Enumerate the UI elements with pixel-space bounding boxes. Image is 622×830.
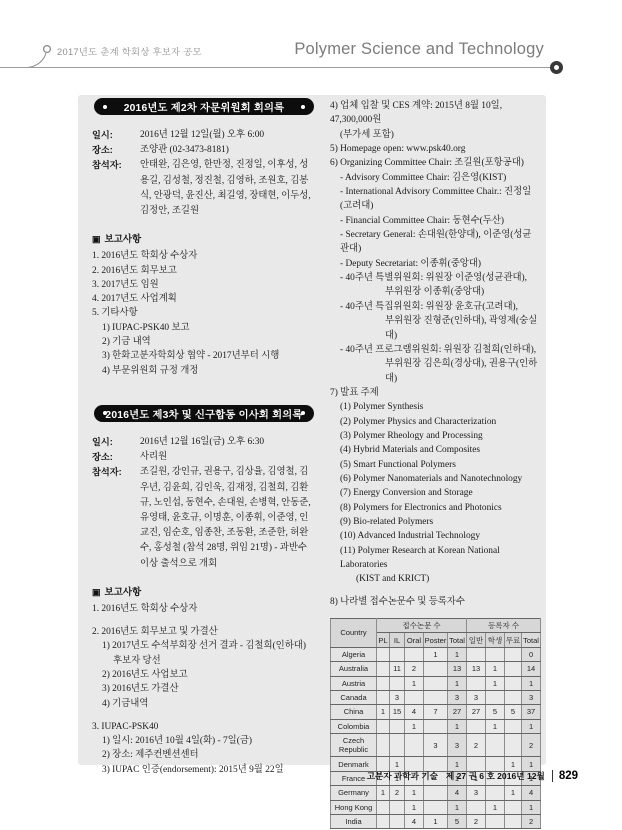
table-cell: [390, 814, 405, 828]
table-cell: 1: [405, 786, 424, 800]
meeting-info-row: 장소 사리원: [92, 450, 316, 465]
meeting-info-2: 일시 2016년 12월 16일(금) 오후 6:30 장소 사리원 참석자 조…: [92, 435, 316, 572]
report-line: 5. 기타사항: [92, 306, 316, 320]
table-cell: 7: [424, 705, 448, 719]
square-bullet-icon: ▣: [92, 234, 101, 244]
table-group-header-row: Country 접수논문 수 등록자 수: [331, 619, 541, 633]
report-line: 2. 2016년도 회무보고 및 가결산: [92, 625, 316, 639]
table-cell: [405, 647, 424, 661]
country-cell: China: [331, 705, 377, 719]
table-cell: [486, 734, 505, 757]
bar-dot-icon: [301, 411, 305, 415]
table-cell: [505, 676, 522, 690]
meta-label: 일시: [92, 435, 136, 450]
papers-group-header: 접수논문 수: [377, 619, 467, 633]
table-cell: 27: [467, 705, 486, 719]
table-cell: [424, 786, 448, 800]
table-cell-total: 4: [522, 786, 541, 800]
meeting-info-row: 참석자 안태완, 김은영, 한만정, 진정일, 이후성, 성용길, 김성철, 정…: [92, 158, 316, 219]
table-cell-total: 14: [522, 662, 541, 676]
meta-value: 2016년 12월 16일(금) 오후 6:30: [140, 435, 316, 450]
report-line: 5) Homepage open: www.psk40.org: [330, 142, 540, 156]
table-cell-total: 13: [448, 662, 467, 676]
table-cell: [390, 734, 405, 757]
report-line: (5) Smart Functional Polymers: [330, 458, 540, 472]
report-line: - 40주년 프로그램위원회: 위원장 김철희(인하대),: [330, 343, 540, 357]
column-header: 학생: [486, 633, 505, 647]
column-header: Poster: [424, 633, 448, 647]
report-heading-label: 보고사항: [105, 587, 142, 598]
report-heading-1: ▣보고사항: [92, 231, 316, 245]
table-cell-total: 5: [448, 814, 467, 828]
report-line: - International Advisory Committee Chair…: [330, 185, 540, 214]
table-cell: [377, 690, 390, 704]
table-cell: [467, 647, 486, 661]
table-cell-total: 3: [448, 734, 467, 757]
bar-dot-icon: [301, 105, 305, 109]
page-footer: 고분자 과학과 기술 제 27 권 6 호 2016년 12월 829: [367, 770, 578, 782]
country-cell: Hong Kong: [331, 800, 377, 814]
table-row: Australia 11 2 13 13 1 14: [331, 662, 541, 676]
report-line: 1) 2017년도 수석부회장 선거 결과 - 김철희(인하대): [92, 639, 316, 653]
column-header: Total: [448, 633, 467, 647]
report-line: - Advisory Committee Chair: 김은영(KIST): [330, 171, 540, 185]
report-line: 3) IUPAC 인증(endorsement): 2015년 9월 22일: [92, 763, 316, 777]
table-cell: 1: [377, 786, 390, 800]
report-line: (6) Polymer Nanomaterials and Nanotechno…: [330, 472, 540, 486]
table-cell: [505, 734, 522, 757]
table-cell: [377, 814, 390, 828]
table-cell: 1: [424, 647, 448, 661]
report-line: 3. 2017년도 임원: [92, 278, 316, 292]
table-cell: 1: [405, 676, 424, 690]
report-line: 4. 2017년도 사업계획: [92, 292, 316, 306]
table-cell: [505, 719, 522, 733]
table-cell: [390, 800, 405, 814]
right-column: 4) 업체 입찰 및 CES 계약: 2015년 8월 10일, 47,300,…: [330, 99, 540, 829]
report-line: (1) Polymer Synthesis: [330, 400, 540, 414]
table-cell: 5: [505, 705, 522, 719]
table-header: Country 접수논문 수 등록자 수 PL IL Oral Pos: [331, 619, 541, 648]
report-line: - Financial Committee Chair: 동현수(두산): [330, 214, 540, 228]
bar-dot-icon: [103, 411, 107, 415]
table-cell: 1: [486, 719, 505, 733]
report-line: 4) 업체 입찰 및 CES 계약: 2015년 8월 10일, 47,300,…: [330, 99, 540, 128]
table-cell: 1: [486, 676, 505, 690]
table-cell: [405, 690, 424, 704]
report-line: - Deputy Secretariat: 이종휘(중앙대): [330, 257, 540, 271]
table-cell: 3: [467, 690, 486, 704]
table-cell: 3: [424, 734, 448, 757]
report-line: 2) 기금 내역: [92, 335, 316, 349]
table-row: Algeria 1 1 0: [331, 647, 541, 661]
table-cell: [467, 719, 486, 733]
table-cell: [424, 690, 448, 704]
meta-value: 2016년 12월 12일(월) 오후 6:00: [140, 128, 316, 143]
report-line: 후보자 당선: [92, 654, 316, 668]
report-heading-2: ▣보고사항: [92, 584, 316, 598]
table-cell: [377, 662, 390, 676]
country-cell: Czech Republic: [331, 734, 377, 757]
table-cell-total: 27: [448, 705, 467, 719]
report-line: 부위원장 김은희(경상대), 권용구(인하대): [330, 357, 540, 386]
table-cell: 1: [486, 662, 505, 676]
meta-label: 참석자: [92, 158, 136, 219]
table-cell: [467, 676, 486, 690]
table-cell: 1: [424, 814, 448, 828]
section1-title: 2016년도 제2차 자문위원회 회의록: [124, 99, 285, 114]
meta-label: 참석자: [92, 465, 136, 571]
issue-info: 제 27 권 6 호 2016년 12월: [446, 770, 545, 782]
report-line: 1) IUPAC-PSK40 보고: [92, 321, 316, 335]
report-line: 3) 2016년도 가결산: [92, 682, 316, 696]
table-row: Czech Republic 3 3 2 2: [331, 734, 541, 757]
country-cell: Colombia: [331, 719, 377, 733]
report-line: (9) Bio-related Polymers: [330, 515, 540, 529]
footer-divider: [552, 770, 553, 782]
report-line: 4) 부문위원회 규정 개정: [92, 364, 316, 378]
report-list-1: 1. 2016년도 학회상 수상자 2. 2016년도 회무보고 3. 2017…: [92, 249, 316, 378]
meta-value: 안태완, 김은영, 한만정, 진정일, 이후성, 성용길, 김성철, 정진철, …: [140, 158, 316, 219]
header-ring-icon: [550, 61, 563, 74]
country-cell: Germany: [331, 786, 377, 800]
table-cell: 1: [405, 800, 424, 814]
table-cell: [486, 690, 505, 704]
table-cell: [505, 662, 522, 676]
report-line: 3. IUPAC-PSK40: [92, 720, 316, 734]
report-heading-label: 보고사항: [105, 234, 142, 245]
report-line: 3) 한화고분자학회상 협약 - 2017년부터 시행: [92, 349, 316, 363]
table-cell: 3: [467, 786, 486, 800]
page-number: 829: [559, 770, 578, 782]
report-line: (7) Energy Conversion and Storage: [330, 486, 540, 500]
table-row: Germany 1 2 1 4 3 1 4: [331, 786, 541, 800]
meta-label: 장소: [92, 450, 136, 465]
table-cell-total: 1: [448, 719, 467, 733]
minutes-continued-list: 4) 업체 입찰 및 CES 계약: 2015년 8월 10일, 47,300,…: [330, 99, 540, 609]
meta-value: 사리원: [140, 450, 316, 465]
table-cell: [377, 719, 390, 733]
table-cell: [505, 814, 522, 828]
table-cell: [424, 662, 448, 676]
table-cell-total: 1: [522, 800, 541, 814]
journal-name: 고분자 과학과 기술: [367, 770, 438, 782]
table-body: Algeria 1 1 0 Aus: [331, 647, 541, 829]
table-cell: 1: [377, 705, 390, 719]
table-cell: 2: [467, 734, 486, 757]
journal-title: Polymer Science and Technology: [294, 40, 544, 59]
table-row: India 4 1 5 2 2: [331, 814, 541, 828]
report-line: 부위원장 진형준(인하대), 곽영제(숭실대): [330, 314, 540, 343]
table-cell-total: 3: [522, 690, 541, 704]
square-bullet-icon: ▣: [92, 587, 101, 597]
report-line: (10) Advanced Industrial Technology: [330, 529, 540, 543]
table-cell: [486, 647, 505, 661]
report-line: 1. 2016년도 학회상 수상자: [92, 602, 316, 616]
table-cell: 1: [405, 719, 424, 733]
table-cell: [390, 719, 405, 733]
table-cell: [505, 800, 522, 814]
table-cell-total: 2: [522, 734, 541, 757]
report-line: 7) 발표 주제: [330, 386, 540, 400]
table-cell-total: 1: [448, 800, 467, 814]
table-cell: [377, 647, 390, 661]
column-header: Oral: [405, 633, 424, 647]
table-cell: 15: [390, 705, 405, 719]
section1-title-bar: 2016년도 제2차 자문위원회 회의록: [94, 98, 314, 115]
table-row: Canada 3 3 3 3: [331, 690, 541, 704]
table-cell: [390, 676, 405, 690]
column-header: PL: [377, 633, 390, 647]
report-line: 2. 2016년도 회무보고: [92, 264, 316, 278]
column-header: IL: [390, 633, 405, 647]
table-cell-total: 1: [522, 719, 541, 733]
meeting-info-row: 일시 2016년 12월 16일(금) 오후 6:30: [92, 435, 316, 450]
meta-label: 일시: [92, 128, 136, 143]
table-cell: 2: [405, 662, 424, 676]
report-line: - 40주년 특별위원회: 위원장 이준영(성균관대),: [330, 271, 540, 285]
meta-value: 조길원, 강인규, 권용구, 김상율, 김영철, 김우년, 김윤희, 김인욱, …: [140, 465, 316, 571]
table-cell-total: 3: [448, 690, 467, 704]
table-row: China 1 15 4 7 27 27 5 5 37: [331, 705, 541, 719]
report-list-2: 1. 2016년도 학회상 수상자 2. 2016년도 회무보고 및 가결산 1…: [92, 602, 316, 777]
report-line: 6) Organizing Committee Chair: 조길원(포항공대): [330, 156, 540, 170]
report-line: 4) 기금내역: [92, 697, 316, 711]
section2-title: 2016년도 제3차 및 신구합동 이사회 회의록: [105, 406, 302, 421]
left-column: 2016년도 제2차 자문위원회 회의록 일시 2016년 12월 12일(월)…: [92, 98, 316, 777]
country-cell: Canada: [331, 690, 377, 704]
table-cell: [377, 676, 390, 690]
content-area: 2016년도 제2차 자문위원회 회의록 일시 2016년 12월 12일(월)…: [78, 95, 546, 765]
report-line: 1) 일시: 2016년 10월 4일(화) - 7일(금): [92, 734, 316, 748]
table-cell-total: 1: [448, 647, 467, 661]
report-line: (부가세 포함): [330, 128, 540, 142]
journal-page: 2017년도 춘계 학회상 후보자 공모 Polymer Science and…: [0, 0, 622, 830]
column-header: 일반: [467, 633, 486, 647]
report-line: (2) Polymer Physics and Characterization: [330, 415, 540, 429]
meta-value: 조양관 (02-3473-8181): [140, 143, 316, 158]
table-cell: [377, 800, 390, 814]
report-line: - Secretary General: 손대원(한양대), 이준영(성균관대): [330, 228, 540, 257]
meeting-info-1: 일시 2016년 12월 12일(월) 오후 6:00 장소 조양관 (02-3…: [92, 128, 316, 219]
table-cell: 4: [405, 705, 424, 719]
header-section-label: 2017년도 춘계 학회상 후보자 공모: [57, 44, 202, 58]
country-cell: Australia: [331, 662, 377, 676]
report-line: (3) Polymer Rheology and Processing: [330, 429, 540, 443]
meeting-info-row: 일시 2016년 12월 12일(월) 오후 6:00: [92, 128, 316, 143]
report-line: 부위원장 이종휘(중앙대): [330, 285, 540, 299]
table-cell: [405, 734, 424, 757]
table-cell-total: 37: [522, 705, 541, 719]
column-header: Total: [522, 633, 541, 647]
table-row: Colombia 1 1 1 1: [331, 719, 541, 733]
table-cell: 11: [390, 662, 405, 676]
table-cell: 4: [405, 814, 424, 828]
table-cell: [424, 800, 448, 814]
country-stats-table: Country 접수논문 수 등록자 수 PL IL Oral Pos: [330, 618, 541, 829]
header-flourish-icon: [20, 42, 60, 70]
report-line: - 40주년 특집위원회: 위원장 윤호규(고려대),: [330, 300, 540, 314]
table-cell: [377, 734, 390, 757]
table-cell-total: 1: [522, 676, 541, 690]
column-header: 무료: [505, 633, 522, 647]
meta-label: 장소: [92, 143, 136, 158]
table-cell: [505, 647, 522, 661]
header-rule: [0, 67, 557, 68]
country-cell: Algeria: [331, 647, 377, 661]
report-line: 8) 나라별 접수논문수 및 등록자수: [330, 595, 540, 609]
country-cell: Austria: [331, 676, 377, 690]
table-cell: [505, 690, 522, 704]
bar-dot-icon: [103, 105, 107, 109]
country-cell: India: [331, 814, 377, 828]
report-line: (KIST and KRICT): [330, 572, 540, 586]
meeting-info-row: 장소 조양관 (02-3473-8181): [92, 143, 316, 158]
country-column-header: Country: [331, 619, 377, 648]
table-cell: [424, 676, 448, 690]
table-cell-total: 4: [448, 786, 467, 800]
table-cell: 1: [505, 786, 522, 800]
table-cell-total: 1: [448, 676, 467, 690]
report-line: (8) Polymers for Electronics and Photoni…: [330, 501, 540, 515]
table-cell: 13: [467, 662, 486, 676]
table-cell: 3: [390, 690, 405, 704]
meeting-info-row: 참석자 조길원, 강인규, 권용구, 김상율, 김영철, 김우년, 김윤희, 김…: [92, 465, 316, 571]
report-line: (4) Hybrid Materials and Composites: [330, 443, 540, 457]
registrants-group-header: 등록자 수: [467, 619, 541, 633]
table-cell: 1: [486, 800, 505, 814]
table-cell: 2: [467, 814, 486, 828]
report-line: 1. 2016년도 학회상 수상자: [92, 249, 316, 263]
report-line: 2) 2016년도 사업보고: [92, 668, 316, 682]
table-cell: [486, 814, 505, 828]
table-cell-total: 2: [522, 814, 541, 828]
report-line: (11) Polymer Research at Korean National…: [330, 544, 540, 573]
section2-title-bar: 2016년도 제3차 및 신구합동 이사회 회의록: [94, 405, 314, 422]
table-cell: [467, 800, 486, 814]
table-cell: [390, 647, 405, 661]
table-cell-total: 0: [522, 647, 541, 661]
table-row: Hong Kong 1 1 1 1: [331, 800, 541, 814]
table-row: Austria 1 1 1 1: [331, 676, 541, 690]
table-cell: [486, 786, 505, 800]
table-cell: 2: [390, 786, 405, 800]
table-cell: [424, 719, 448, 733]
report-line: 2) 장소: 제주컨벤션센터: [92, 748, 316, 762]
table-cell: 5: [486, 705, 505, 719]
